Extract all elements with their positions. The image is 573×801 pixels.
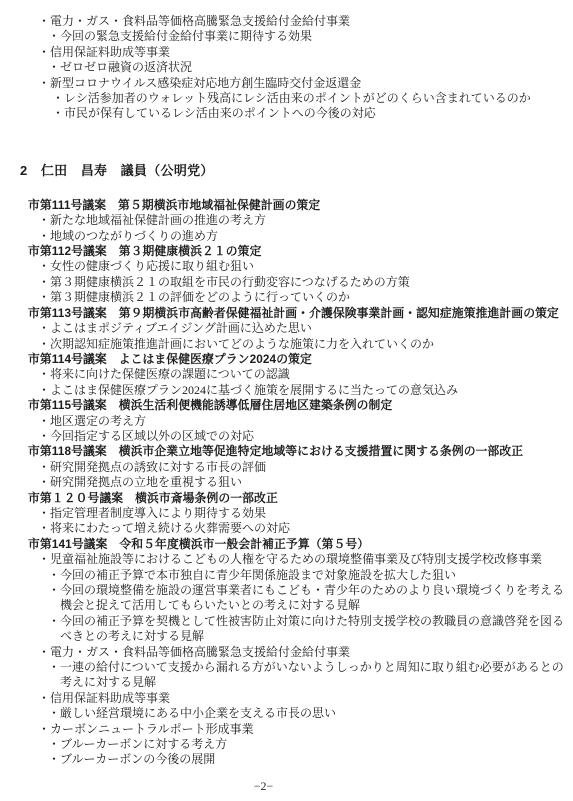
agenda-item: ・ゼロゼロ融資の返済状況 [0, 60, 573, 75]
bill-title: 市第１２０号議案 横浜市斎場条例の一部改正 [0, 491, 573, 506]
agenda-item: ・市民が保有しているレシ活由来のポイントへの今後の対応 [0, 106, 573, 121]
agenda-item: ・新たな地域福祉保健計画の推進の考え方 [0, 213, 573, 228]
agenda-item: ・レシ活参加者のウォレット残高にレシ活由来のポイントがどのくらい含まれているのか [0, 91, 573, 106]
bill-title: 市第118号議案 横浜市企業立地等促進特定地域等における支援措置に関する条例の一… [0, 444, 573, 459]
agenda-sections: 市第111号議案 第５期横浜市地域福祉保健計画の策定・新たな地域福祉保健計画の推… [0, 198, 573, 768]
bill-title: 市第115号議案 横浜生活利便機能誘導低層住居地区建築条例の制定 [0, 398, 573, 413]
agenda-item: ・今回の補正予算を契機として性被害防止対策に向けた特別支援学校の教職員の意識啓発… [0, 614, 573, 645]
agenda-item: ・第３期健康横浜２１の評価をどのように行っていくのか [0, 290, 573, 305]
agenda-item: ・信用保証料助成等事業 [0, 45, 573, 60]
agenda-item: ・ブルーカーボンに対する考え方 [0, 737, 573, 752]
agenda-item: ・よこはまポジティブエイジング計画に込めた思い [0, 321, 573, 336]
agenda-item: ・信用保証料助成等事業 [0, 691, 573, 706]
agenda-item: ・地区選定の考え方 [0, 414, 573, 429]
bill-title: 市第114号議案 よこはま保健医療プラン2024の策定 [0, 352, 573, 367]
agenda-item: ・地域のつながりづくりの進め方 [0, 229, 573, 244]
agenda-item: ・研究開発拠点の立地を重視する狙い [0, 475, 573, 490]
speaker-heading: 2 仁田 昌寿 議員（公明党） [20, 162, 573, 179]
agenda-item: ・将来にわたって増え続ける火葬需要への対応 [0, 521, 573, 536]
agenda-item: ・今回指定する区域以外の区域での対応 [0, 429, 573, 444]
document-page: ・電力・ガス・食料品等価格高騰緊急支援給付金給付事業・今回の緊急支援給付金給付事… [0, 0, 573, 801]
agenda-item: ・今回の環境整備を施設の運営事業者にもこども・青少年のためのより良い環境づくりを… [0, 583, 573, 614]
agenda-item: ・電力・ガス・食料品等価格高騰緊急支援給付金給付事業 [0, 14, 573, 29]
agenda-item: ・第３期健康横浜２１の取組を市民の行動変容につなげるための方策 [0, 275, 573, 290]
agenda-item: ・次期認知症施策推進計画においてどのような施策に力を入れていくのか [0, 337, 573, 352]
agenda-item: ・ブルーカーボンの今後の展開 [0, 752, 573, 767]
agenda-item: ・指定管理者制度導入により期待する効果 [0, 506, 573, 521]
bill-title: 市第111号議案 第５期横浜市地域福祉保健計画の策定 [0, 198, 573, 213]
agenda-item: ・将来に向けた保健医療の課題についての認識 [0, 367, 573, 382]
agenda-item: ・カーボンニュートラルポート形成事業 [0, 722, 573, 737]
agenda-item: ・児童福祉施設等におけるこどもの人権を守るための環境整備事業及び特別支援学校改修… [0, 552, 573, 567]
agenda-item: ・よこはま保健医療プラン2024に基づく施策を展開するに当たっての意気込み [0, 383, 573, 398]
bill-title: 市第141号議案 令和５年度横浜市一般会計補正予算（第５号） [0, 537, 573, 552]
agenda-item: ・女性の健康づくり応援に取り組む狙い [0, 259, 573, 274]
agenda-item: ・新型コロナウイルス感染症対応地方創生臨時交付金返還金 [0, 76, 573, 91]
agenda-item: ・研究開発拠点の誘致に対する市長の評価 [0, 460, 573, 475]
page-number: −2− [0, 779, 527, 794]
agenda-item: ・電力・ガス・食料品等価格高騰緊急支援給付金給付事業 [0, 645, 573, 660]
bill-title: 市第112号議案 第３期健康横浜２１の策定 [0, 244, 573, 259]
agenda-item: ・今回の緊急支援給付金給付事業に期待する効果 [0, 29, 573, 44]
carryover-question-list: ・電力・ガス・食料品等価格高騰緊急支援給付金給付事業・今回の緊急支援給付金給付事… [0, 0, 573, 122]
agenda-item: ・今回の補正予算で本市独自に青少年関係施設まで対象施設を拡大した狙い [0, 568, 573, 583]
agenda-item: ・厳しい経営環境にある中小企業を支える市長の思い [0, 706, 573, 721]
agenda-item: ・一連の給付について支援から漏れる方がいないようしっかりと周知に取り組む必要があ… [0, 660, 573, 691]
bill-title: 市第113号議案 第９期横浜市高齢者保健福祉計画・介護保険事業計画・認知症施策推… [0, 306, 573, 321]
